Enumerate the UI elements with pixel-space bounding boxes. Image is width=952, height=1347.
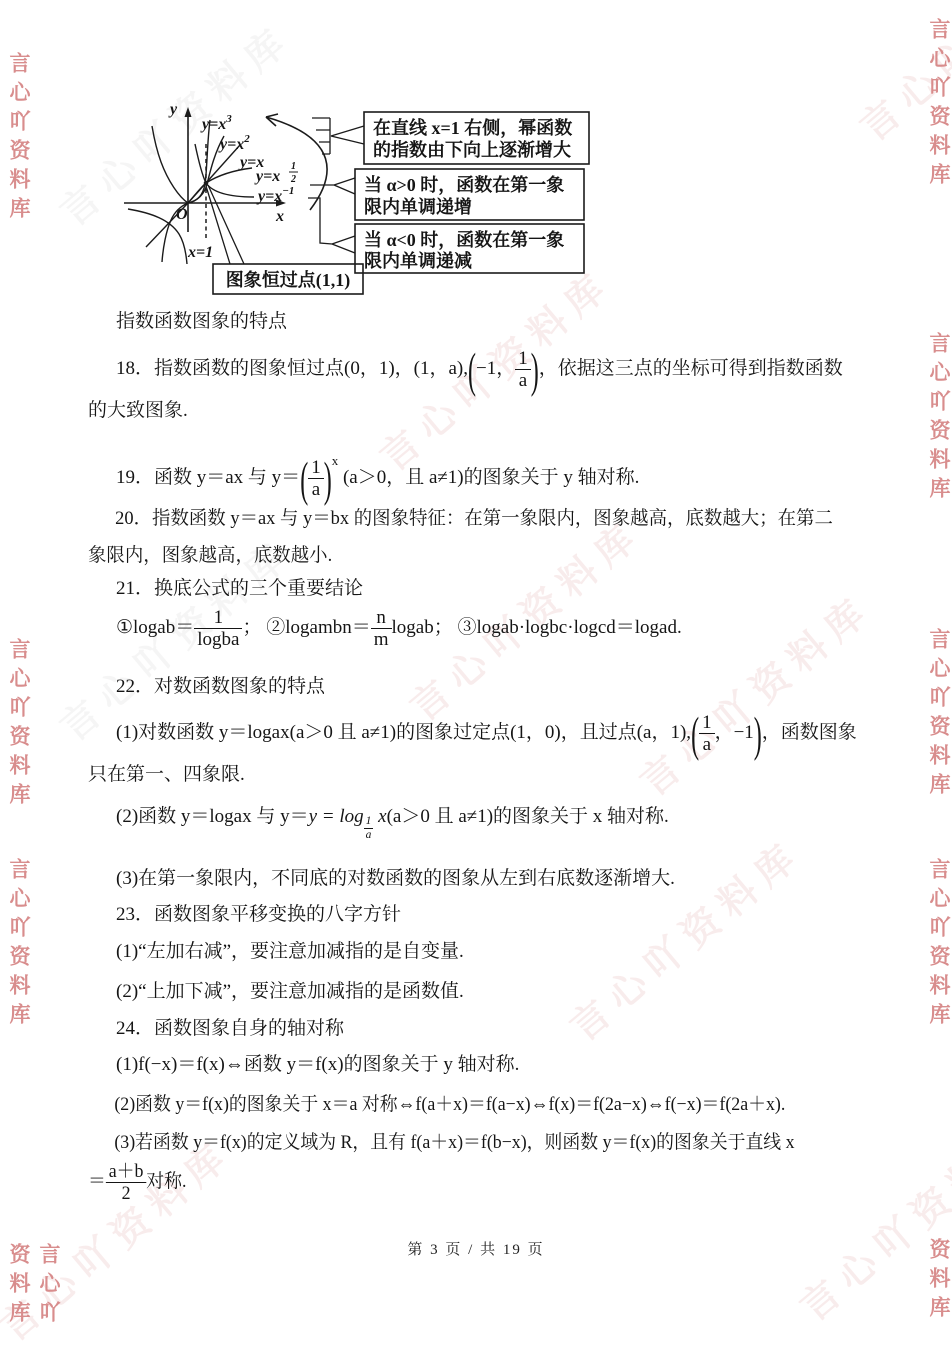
fraction: a＋b2	[106, 1161, 146, 1205]
item-20: 20．指数函数 y＝ax 与 y＝bx 的图象特征：在第一象限内，图象越高，底数…	[88, 500, 864, 574]
text-run: 20．指数函数 y＝ax 与 y＝bx 的图象特征：在第一象限内，图象越高，底数…	[115, 508, 833, 529]
fraction-denominator: a	[364, 829, 374, 842]
text-run: 24．函数图象自身的轴对称	[116, 1018, 344, 1039]
text-run: 19．函数 y＝ax 与 y＝	[116, 467, 300, 488]
fraction-numerator: n	[371, 607, 392, 629]
edge-watermark: 言心吖资料库	[924, 332, 952, 506]
item-23-heading: 23．函数图象平移变换的八字方针	[88, 896, 888, 933]
edge-watermark: 言心吖资料库	[924, 628, 952, 802]
dashed-line-label: x=1	[187, 244, 213, 261]
fraction-numerator: 1	[308, 457, 324, 479]
item-24-sub3: (3)若函数 y＝f(x)的定义域为 R，且有 f(a＋x)＝f(b−x)，则函…	[88, 1124, 840, 1205]
curve-label-base: y=x	[200, 116, 226, 133]
curve-label-base: y=x	[254, 168, 280, 185]
curve-label-base: y=x	[256, 188, 282, 205]
item-22-sub1: (1)对数函数 y＝logax(a＞0 且 a≠1)的图象过定点(1，0)，且过…	[88, 712, 888, 793]
formula-run: ②logambn＝	[261, 617, 370, 638]
curve-x-squared-left	[152, 126, 188, 203]
text-run: 的大致图象.	[88, 400, 188, 421]
fraction-denominator: 2	[106, 1183, 146, 1204]
big-paren: )	[531, 352, 539, 393]
text-run: (a＞0 且 a≠1)的图象关于 x 轴对称.	[387, 806, 669, 827]
text-run: ，−1	[715, 722, 754, 743]
curve-label-xhalf-den: 2	[290, 174, 296, 185]
text-run: ，函数图象	[762, 722, 857, 743]
diagram-caption: 指数函数图象的特点	[88, 303, 888, 340]
text-run: (1)对数函数 y＝logax(a＞0 且 a≠1)的图象过定点(1，0)，且过…	[116, 722, 691, 743]
point-1-1	[204, 181, 209, 186]
formula-run: ③logab·logbc·logcd＝logad.	[453, 617, 682, 638]
formula-run: logab；	[392, 617, 453, 638]
text-run: −1，	[476, 358, 515, 379]
callout-3-connector	[308, 198, 355, 253]
text-run: 18．指数函数的图象恒过点(0，1)，(1，a),	[116, 358, 468, 379]
item-24-heading: 24．函数图象自身的轴对称	[88, 1010, 888, 1047]
edge-watermark: 言心吖资料库	[924, 858, 952, 1032]
fraction-numerator: 1	[364, 815, 374, 829]
formula-run: ；	[242, 617, 261, 638]
formula-run: y = log	[309, 806, 364, 827]
fraction-denominator: logba	[194, 629, 242, 650]
y-axis-arrow-icon	[185, 107, 192, 117]
item-22-heading: 22．对数函数图象的特点	[88, 668, 888, 705]
item-21-heading: 21．换底公式的三个重要结论	[88, 570, 888, 607]
text-run: (3)在第一象限内，不同底的对数函数的图象从左到右底数逐渐增大.	[116, 868, 675, 889]
fraction: 1logba	[194, 607, 242, 651]
big-paren: (	[691, 716, 699, 757]
text-run: 只在第一、四象限.	[88, 764, 245, 785]
big-paren: )	[324, 461, 332, 502]
curve-label-x2: y=x2	[218, 133, 250, 153]
item-23-sub1: (1)“左加右减”，要注意加减指的是自变量.	[88, 933, 888, 970]
callout-1-line2: 的指数由下向上逐渐增大	[373, 139, 571, 160]
curve-label-xhalf: y=x	[254, 168, 280, 185]
item-22-sub2: (2)函数 y＝logax 与 y＝y = log1a x(a＞0 且 a≠1)…	[88, 798, 888, 842]
fraction-denominator: a	[515, 370, 531, 391]
big-paren: (	[300, 461, 308, 502]
curve-label-x3: y=x3	[200, 113, 232, 133]
edge-watermark: 言心吖资料库	[4, 858, 34, 1032]
text-run: ，依据这三点的坐标可得到指数函数	[539, 358, 843, 379]
item-24-sub1: (1)f(−x)＝f(x)⇔函数 y＝f(x)的图象关于 y 轴对称.	[88, 1046, 888, 1083]
text-run: (3)若函数 y＝f(x)的定义域为 R，且有 f(a＋x)＝f(b−x)，则函…	[114, 1132, 794, 1153]
edge-watermark: 言心吖资料库	[4, 52, 34, 226]
fraction: 1a	[308, 457, 324, 501]
curve-label-xhalf-num: 1	[291, 161, 296, 172]
text-run: 21．换底公式的三个重要结论	[116, 578, 363, 599]
text-run: 22．对数函数图象的特点	[116, 676, 325, 697]
fraction-denominator: a	[699, 734, 715, 755]
point-box-text: 图象恒过点(1,1)	[226, 269, 351, 291]
log-base-fraction: 1a	[364, 815, 374, 842]
item-22-sub3: (3)在第一象限内，不同底的对数函数的图象从左到右底数逐渐增大.	[88, 860, 888, 897]
formula-run: ＝	[88, 1171, 106, 1192]
text-run: 23．函数图象平移变换的八字方针	[116, 904, 401, 925]
fraction-denominator: a	[308, 479, 324, 500]
curve-label-base: y=x	[218, 136, 244, 153]
text-run: 对称.	[146, 1171, 186, 1192]
fraction-denominator: m	[371, 629, 392, 650]
text-run: (1)“左加右减”，要注意加减指的是自变量.	[116, 941, 464, 962]
text-run: (1)f(−x)＝f(x)⇔函数 y＝f(x)的图象关于 y 轴对称.	[116, 1054, 519, 1075]
fraction-numerator: 1	[194, 607, 242, 629]
callout-2-line1: 当 α>0 时，函数在第一象	[364, 174, 564, 196]
big-paren: (	[468, 352, 476, 393]
text-run: 指数函数图象的特点	[116, 311, 287, 332]
item-19: 19．函数 y＝ax 与 y＝(1a)x (a＞0，且 a≠1)的图象关于 y …	[88, 442, 888, 500]
fraction: 1a	[515, 348, 531, 392]
item-23-sub2: (2)“上加下减”，要注意加减指的是函数值.	[88, 973, 888, 1010]
item-21-formulas: ①logab＝1logba； ②logambn＝nmlogab； ③logab·…	[88, 607, 888, 651]
curve-label-sup: 2	[243, 133, 250, 145]
formula-run: ①logab＝	[116, 617, 194, 638]
curve-label-sup: −1	[282, 185, 294, 197]
formula-run: x	[373, 806, 386, 827]
exponent: x	[332, 453, 339, 468]
document-page: 言心吖资料库 言心吖资料库 言心吖资料库 言心吖资料库 言心吖资料库 言心吖资料…	[0, 0, 952, 1347]
text-run: (2)函数 y＝f(x)的图象关于 x＝a 对称⇔f(a＋x)＝f(a−x)⇔f…	[114, 1094, 785, 1115]
callout-1-line1: 在直线 x=1 右侧，幂函数	[373, 117, 572, 139]
big-paren: )	[754, 716, 762, 757]
callout-2-line2: 限内单调递增	[364, 196, 472, 217]
text-run: (2)函数 y＝logax 与 y＝	[116, 806, 309, 827]
x-axis-label: x	[275, 208, 284, 225]
fraction-numerator: a＋b	[106, 1161, 146, 1183]
page-number-text: 第 3 页 / 共 19 页	[407, 1242, 544, 1258]
edge-watermark: 言心吖资料库	[4, 638, 34, 812]
y-axis-label: y	[168, 101, 178, 118]
text-run: (a＞0，且 a≠1)的图象关于 y 轴对称.	[338, 467, 639, 488]
text-run: 象限内，图象越高，底数越小.	[88, 545, 332, 566]
curve-label-xinv: y=x−1	[256, 185, 294, 205]
item-24-sub2: (2)函数 y＝f(x)的图象关于 x＝a 对称⇔f(a＋x)＝f(a−x)⇔f…	[88, 1086, 840, 1123]
curve-label-sup: 3	[225, 113, 232, 125]
callout-3-line1: 当 α<0 时，函数在第一象	[364, 229, 564, 251]
power-function-diagram: y x O x=1 y=x3 y=x2 y=x y=x 1 2 y=x−1	[110, 96, 592, 302]
text-run: (2)“上加下减”，要注意加减指的是函数值.	[116, 981, 464, 1002]
fraction: 1a	[699, 712, 715, 756]
item-18: 18．指数函数的图象恒过点(0，1)，(1，a),(−1，1a)，依据这三点的坐…	[88, 348, 888, 429]
fraction-numerator: 1	[515, 348, 531, 370]
callout-2-connector	[310, 178, 355, 194]
fraction-numerator: 1	[699, 712, 715, 734]
page-number: 第 3 页 / 共 19 页	[0, 1238, 952, 1259]
fraction: nm	[371, 607, 392, 651]
callout-3-line2: 限内单调递减	[364, 250, 472, 271]
